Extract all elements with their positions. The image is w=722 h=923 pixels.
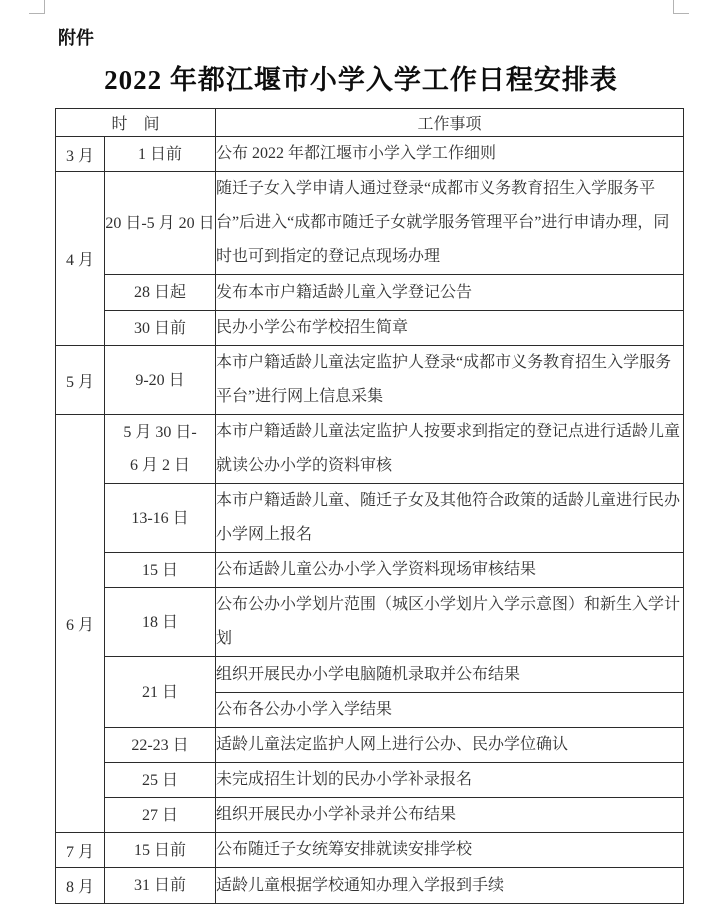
date-cell: 5 月 30 日- 6 月 2 日: [105, 415, 216, 484]
table-header-row: 时 间 工作事项: [56, 109, 684, 137]
margin-corner-mark-right: [673, 0, 689, 14]
month-cell: 8 月: [56, 868, 105, 904]
date-cell: 15 日: [105, 553, 216, 588]
date-cell: 13-16 日: [105, 484, 216, 553]
date-cell: 20 日-5 月 20 日: [105, 172, 216, 275]
month-cell: 5 月: [56, 346, 105, 415]
date-cell: 30 日前: [105, 311, 216, 346]
schedule-table: 时 间 工作事项 3 月 1 日前 公布 2022 年都江堰市小学入学工作细则 …: [55, 108, 684, 904]
header-time: 时 间: [56, 109, 216, 137]
attachment-label: 附件: [58, 24, 94, 50]
table-row: 5 月 9-20 日 本市户籍适龄儿童法定监护人登录“成都市义务教育招生入学服务…: [56, 346, 684, 415]
date-cell: 25 日: [105, 763, 216, 798]
month-cell: 4 月: [56, 172, 105, 346]
month-cell: 7 月: [56, 833, 105, 868]
table-row: 21 日 组织开展民办小学电脑随机录取并公布结果: [56, 657, 684, 693]
table-row: 15 日 公布适龄儿童公办小学入学资料现场审核结果: [56, 553, 684, 588]
table-row: 13-16 日 本市户籍适龄儿童、随迁子女及其他符合政策的适龄儿童进行民办小学网…: [56, 484, 684, 553]
date-cell: 27 日: [105, 798, 216, 833]
task-cell: 本市户籍适龄儿童、随迁子女及其他符合政策的适龄儿童进行民办小学网上报名: [216, 484, 684, 553]
date-cell: 1 日前: [105, 137, 216, 172]
task-cell: 发布本市户籍适龄儿童入学登记公告: [216, 275, 684, 311]
table-row: 18 日 公布公办小学划片范围（城区小学划片入学示意图）和新生入学计划: [56, 588, 684, 657]
task-cell: 公布随迁子女统筹安排就读安排学校: [216, 833, 684, 868]
page-title: 2022 年都江堰市小学入学工作日程安排表: [0, 58, 722, 97]
date-cell: 18 日: [105, 588, 216, 657]
date-cell: 9-20 日: [105, 346, 216, 415]
task-cell: 公布 2022 年都江堰市小学入学工作细则: [216, 137, 684, 172]
task-cell: 民办小学公布学校招生简章: [216, 311, 684, 346]
date-cell: 21 日: [105, 657, 216, 728]
table-row: 25 日 未完成招生计划的民办小学补录报名: [56, 763, 684, 798]
task-cell: 本市户籍适龄儿童法定监护人登录“成都市义务教育招生入学服务平台”进行网上信息采集: [216, 346, 684, 415]
table-row: 8 月 31 日前 适龄儿童根据学校通知办理入学报到手续: [56, 868, 684, 904]
task-cell: 未完成招生计划的民办小学补录报名: [216, 763, 684, 798]
date-cell: 31 日前: [105, 868, 216, 904]
task-cell: 公布公办小学划片范围（城区小学划片入学示意图）和新生入学计划: [216, 588, 684, 657]
date-cell: 15 日前: [105, 833, 216, 868]
task-cell: 组织开展民办小学电脑随机录取并公布结果: [216, 657, 684, 693]
table-row: 4 月 20 日-5 月 20 日 随迁子女入学申请人通过登录“成都市义务教育招…: [56, 172, 684, 275]
table-row: 6 月 5 月 30 日- 6 月 2 日 本市户籍适龄儿童法定监护人按要求到指…: [56, 415, 684, 484]
table-row: 27 日 组织开展民办小学补录并公布结果: [56, 798, 684, 833]
date-cell: 28 日起: [105, 275, 216, 311]
table-row: 22-23 日 适龄儿童法定监护人网上进行公办、民办学位确认: [56, 728, 684, 763]
task-cell: 适龄儿童根据学校通知办理入学报到手续: [216, 868, 684, 904]
table-row: 7 月 15 日前 公布随迁子女统筹安排就读安排学校: [56, 833, 684, 868]
task-cell: 适龄儿童法定监护人网上进行公办、民办学位确认: [216, 728, 684, 763]
task-cell: 公布适龄儿童公办小学入学资料现场审核结果: [216, 553, 684, 588]
month-cell: 6 月: [56, 415, 105, 833]
table-row: 28 日起 发布本市户籍适龄儿童入学登记公告: [56, 275, 684, 311]
date-cell: 22-23 日: [105, 728, 216, 763]
task-cell: 组织开展民办小学补录并公布结果: [216, 798, 684, 833]
task-cell: 随迁子女入学申请人通过登录“成都市义务教育招生入学服务平台”后进入“成都市随迁子…: [216, 172, 684, 275]
task-cell: 本市户籍适龄儿童法定监护人按要求到指定的登记点进行适龄儿童就读公办小学的资料审核: [216, 415, 684, 484]
task-cell: 公布各公办小学入学结果: [216, 693, 684, 728]
table-row: 30 日前 民办小学公布学校招生简章: [56, 311, 684, 346]
header-task: 工作事项: [216, 109, 684, 137]
margin-corner-mark-left: [29, 0, 45, 14]
month-cell: 3 月: [56, 137, 105, 172]
table-row: 3 月 1 日前 公布 2022 年都江堰市小学入学工作细则: [56, 137, 684, 172]
